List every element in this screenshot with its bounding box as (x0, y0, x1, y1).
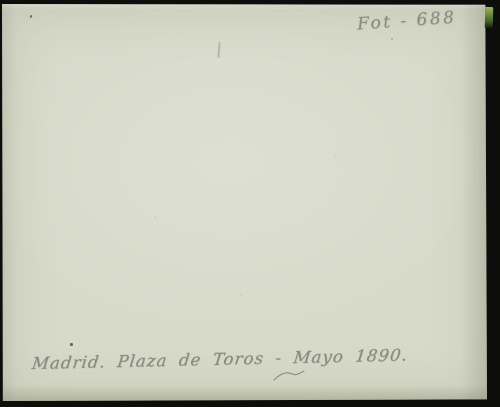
ink-speck-top-left (30, 15, 33, 19)
photo-verso-paper: Fot - 688 Madrid. Plaza de Toros - Mayo … (2, 4, 487, 401)
paper-freckle (240, 294, 242, 296)
scan-background: Fot - 688 Madrid. Plaza de Toros - Mayo … (0, 0, 500, 407)
paper-edge-sliver (485, 7, 494, 28)
archive-number-annotation: Fot - 688 (356, 8, 457, 35)
ink-speck-above-caption (70, 343, 73, 346)
paper-freckle (334, 154, 336, 156)
pencil-squiggle-bottom-right (273, 370, 305, 383)
caption-annotation: Madrid. Plaza de Toros - Mayo 1890. (31, 345, 409, 373)
faint-scratch-top-center (217, 42, 220, 58)
faint-dot-below-archive-number (391, 38, 393, 40)
paper-freckle (154, 216, 156, 218)
